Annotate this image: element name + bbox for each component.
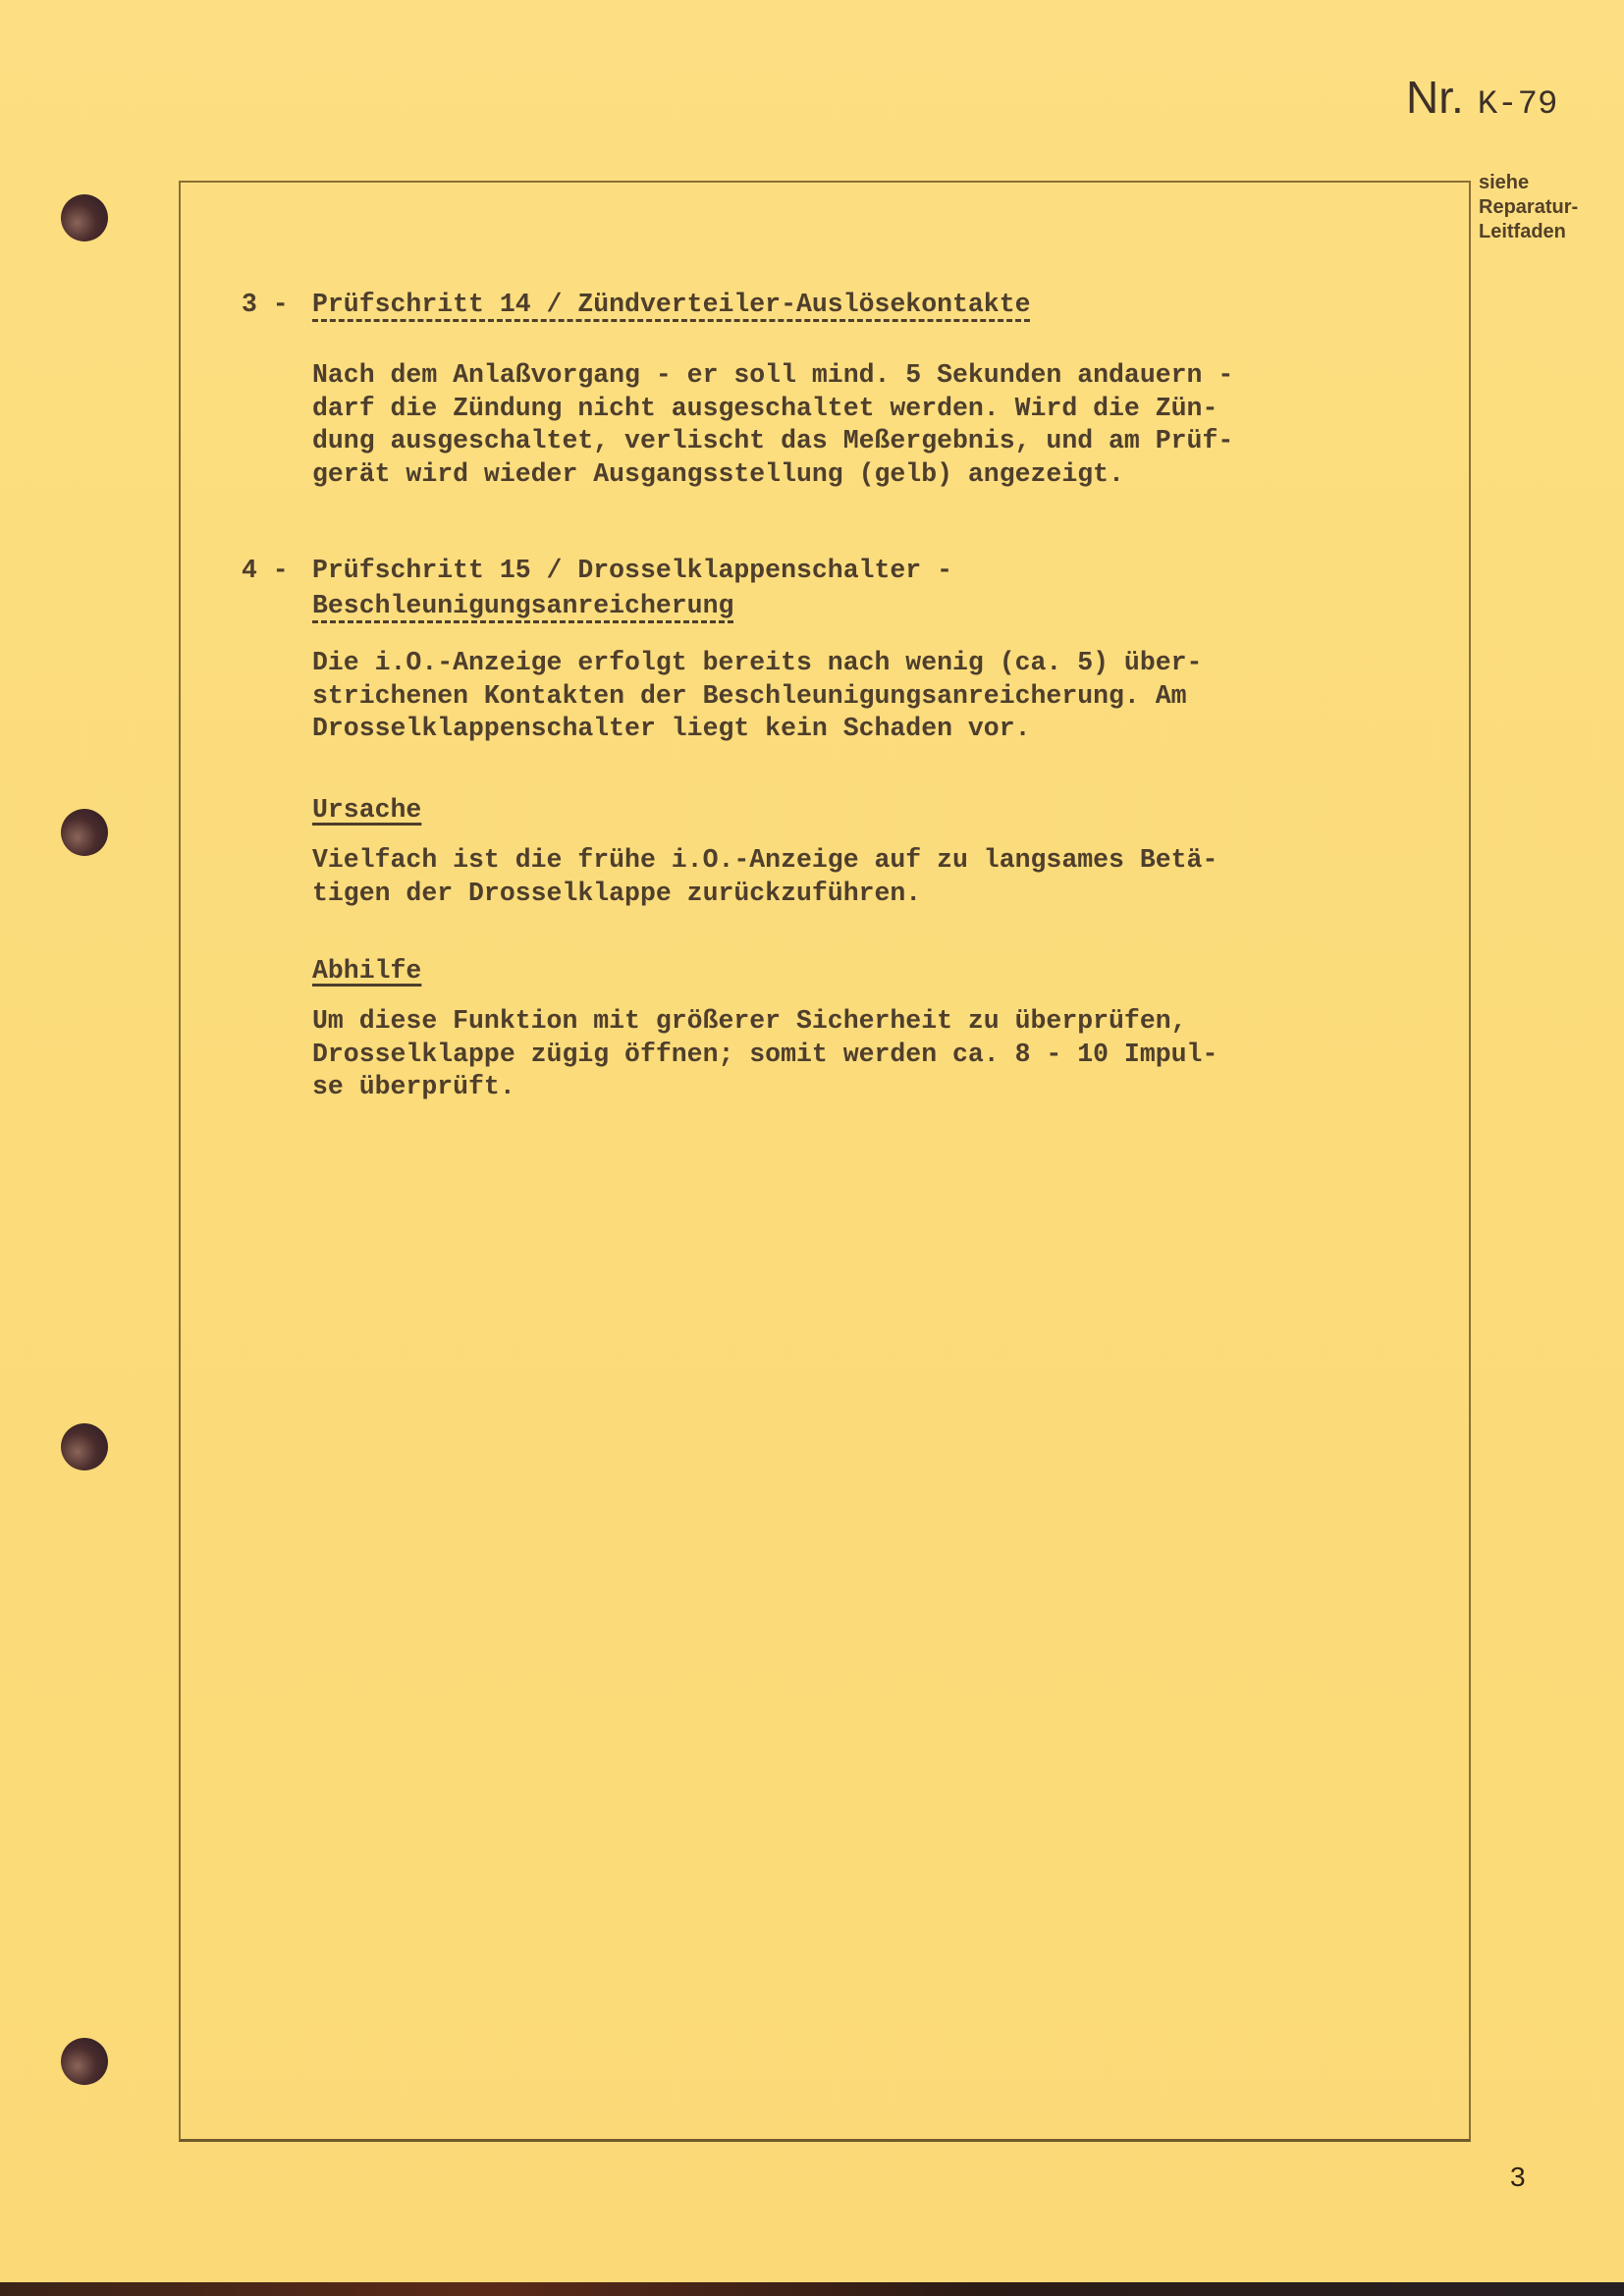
section-number: 4 -: [242, 553, 312, 588]
paragraph-line: se überprüft.: [312, 1071, 1392, 1104]
page-number: 3: [1510, 2162, 1526, 2193]
paragraph-line: gerät wird wieder Ausgangsstellung (gelb…: [312, 458, 1392, 492]
section-title-line1: Prüfschritt 15 / Drosselklappenschalter …: [312, 556, 952, 585]
remedy-paragraph: Um diese Funktion mit größerer Sicherhei…: [312, 1005, 1392, 1104]
paragraph-line: Die i.O.-Anzeige erfolgt bereits nach we…: [312, 647, 1392, 680]
cause-paragraph: Vielfach ist die frühe i.O.-Anzeige auf …: [312, 844, 1392, 910]
side-note-line: Reparatur-: [1479, 195, 1578, 220]
section-paragraph: Die i.O.-Anzeige erfolgt bereits nach we…: [312, 647, 1392, 746]
remedy-heading: Abhilfe: [312, 954, 421, 988]
paragraph-line: strichenen Kontakten der Beschleunigungs…: [312, 680, 1392, 714]
paragraph-line: darf die Zündung nicht ausgeschaltet wer…: [312, 393, 1392, 426]
punch-hole: [61, 809, 108, 856]
side-note-line: Leitfaden: [1479, 220, 1578, 244]
section-number: 3 -: [242, 287, 312, 322]
side-note: siehe Reparatur- Leitfaden: [1479, 171, 1578, 244]
paragraph-line: Nach dem Anlaßvorgang - er soll mind. 5 …: [312, 359, 1392, 393]
paragraph-line: Vielfach ist die frühe i.O.-Anzeige auf …: [312, 844, 1392, 878]
side-note-line: siehe: [1479, 171, 1578, 195]
section-title-line2: Beschleunigungsanreicherung: [312, 588, 952, 623]
punch-hole: [61, 1423, 108, 1470]
section-heading: 3 -Prüfschritt 14 / Zündverteiler-Auslös…: [242, 287, 1031, 322]
section-paragraph: Nach dem Anlaßvorgang - er soll mind. 5 …: [312, 359, 1392, 491]
paragraph-line: Drosselklappe zügig öffnen; somit werden…: [312, 1039, 1392, 1072]
section-heading: 4 -Prüfschritt 15 / Drosselklappenschalt…: [242, 553, 952, 623]
scan-background-edge: [0, 2282, 1624, 2296]
section-title: Prüfschritt 14 / Zündverteiler-Auslöseko…: [312, 290, 1031, 319]
punch-hole: [61, 194, 108, 241]
paragraph-line: dung ausgeschaltet, verlischt das Meßerg…: [312, 425, 1392, 458]
cause-heading: Ursache: [312, 793, 421, 827]
punch-hole: [61, 2038, 108, 2085]
paragraph-line: tigen der Drosselklappe zurückzuführen.: [312, 878, 1392, 911]
paragraph-line: Um diese Funktion mit größerer Sicherhei…: [312, 1005, 1392, 1039]
document-number-value: K-79: [1478, 86, 1558, 124]
document-number: Nr.K-79: [1406, 71, 1557, 124]
paragraph-line: Drosselklappenschalter liegt kein Schade…: [312, 713, 1392, 746]
document-number-label: Nr.: [1406, 72, 1464, 123]
